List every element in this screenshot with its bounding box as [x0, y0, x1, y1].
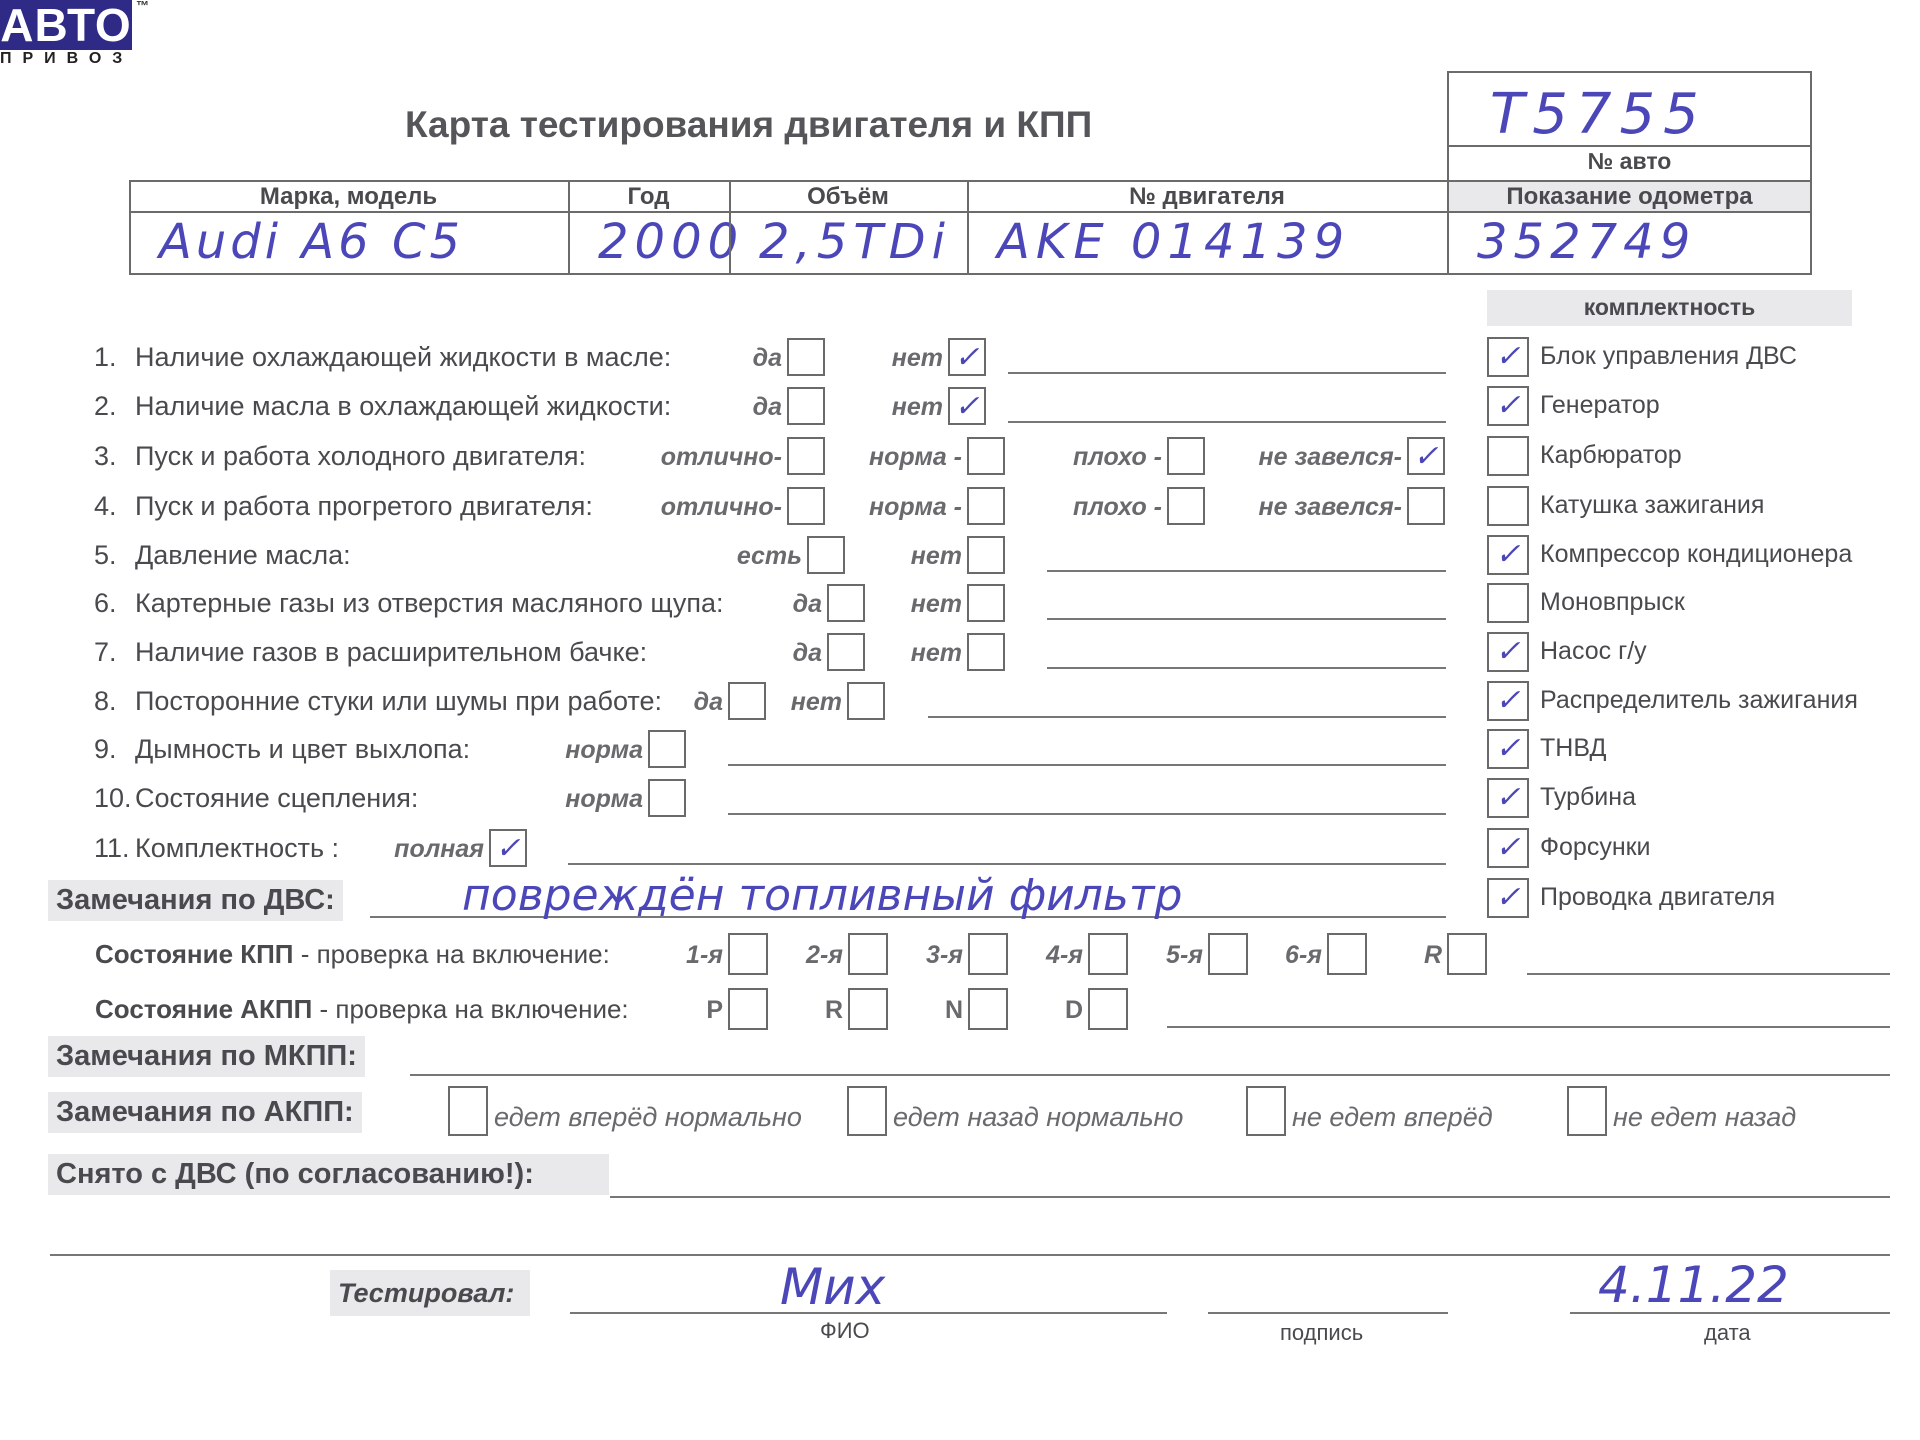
- question-number: 4.: [94, 491, 117, 522]
- completeness-label: Турбина: [1540, 783, 1636, 812]
- divider: [1447, 145, 1812, 147]
- option-checkbox[interactable]: [967, 584, 1005, 622]
- column-header: Объём: [731, 182, 965, 211]
- column-header: Год: [570, 182, 727, 211]
- auto-remark-checkbox[interactable]: [1567, 1086, 1607, 1136]
- gear-label: 1-я: [628, 941, 723, 970]
- car-number-label: № авто: [1447, 148, 1812, 175]
- question-number: 11.: [94, 833, 130, 864]
- option-label: нет: [748, 344, 943, 373]
- notes-line[interactable]: [728, 764, 1446, 766]
- question-number: 3.: [94, 441, 117, 472]
- column-value: 2,5TDi: [759, 214, 951, 270]
- question-label: Давление масла:: [135, 540, 351, 571]
- option-label: нет: [767, 590, 962, 619]
- completeness-checkbox[interactable]: [1487, 583, 1529, 623]
- manual-remarks-line[interactable]: [410, 1074, 1890, 1076]
- gear-checkbox[interactable]: [1447, 933, 1487, 975]
- question-label: Пуск и работа прогретого двигателя:: [135, 491, 593, 522]
- completeness-checkbox[interactable]: ✓: [1487, 386, 1529, 426]
- notes-line[interactable]: [728, 813, 1446, 815]
- option-checkbox[interactable]: ✓: [948, 387, 986, 425]
- check-mark-icon: ✓: [1489, 830, 1527, 866]
- check-mark-icon: ✓: [1489, 780, 1527, 816]
- auto-remarks-label: Замечания по АКПП:: [48, 1092, 362, 1133]
- option-label: нет: [748, 393, 943, 422]
- completeness-checkbox[interactable]: ✓: [1487, 778, 1529, 818]
- question-number: 8.: [94, 686, 117, 717]
- option-checkbox[interactable]: [967, 633, 1005, 671]
- logo-trademark: ™: [136, 0, 149, 13]
- manual-remarks-label: Замечания по МКПП:: [48, 1036, 365, 1077]
- removed-line[interactable]: [610, 1196, 1890, 1198]
- option-checkbox[interactable]: [1407, 487, 1445, 525]
- question-label: Дымность и цвет выхлопа:: [135, 734, 470, 765]
- gear-label: R: [748, 996, 843, 1025]
- completeness-label: Распределитель зажигания: [1540, 686, 1858, 715]
- completeness-label: Форсунки: [1540, 833, 1651, 862]
- question-label: Наличие газов в расширительном бачке:: [135, 637, 647, 668]
- gear-checkbox[interactable]: [1088, 988, 1128, 1030]
- completeness-label: ТНВД: [1540, 734, 1606, 763]
- check-mark-icon: ✓: [1489, 634, 1527, 670]
- option-label: норма: [448, 736, 643, 765]
- gear-label: 3-я: [868, 941, 963, 970]
- completeness-checkbox[interactable]: [1487, 436, 1529, 476]
- column-value: Audi A6 C5: [159, 214, 464, 270]
- check-mark-icon: ✓: [950, 340, 984, 376]
- completeness-checkbox[interactable]: ✓: [1487, 535, 1529, 575]
- notes-line[interactable]: [568, 863, 1446, 865]
- option-label: нет: [647, 688, 842, 717]
- gear-label: R: [1347, 941, 1442, 970]
- check-mark-icon: ✓: [950, 389, 984, 425]
- completeness-checkbox[interactable]: ✓: [1487, 681, 1529, 721]
- option-checkbox[interactable]: ✓: [1407, 437, 1445, 475]
- auto-remark-checkbox[interactable]: [448, 1086, 488, 1136]
- notes-line[interactable]: [1008, 421, 1446, 423]
- logo: АВТО: [0, 0, 132, 50]
- check-mark-icon: ✓: [491, 831, 525, 867]
- notes-line[interactable]: [1047, 618, 1446, 620]
- column-value: 352749: [1477, 214, 1696, 270]
- gear-label: 4-я: [988, 941, 1083, 970]
- notes-line[interactable]: [928, 716, 1446, 718]
- completeness-label: Блок управления ДВС: [1540, 342, 1797, 371]
- option-label: нет: [767, 542, 962, 571]
- engine-remarks-input[interactable]: повреждён топливный фильтр: [462, 870, 1182, 921]
- question-label: Состояние сцепления:: [135, 783, 418, 814]
- auto-remark-label: не едет вперёд: [1292, 1102, 1493, 1133]
- engine-remarks-label: Замечания по ДВС:: [48, 880, 343, 921]
- check-mark-icon: ✓: [1489, 880, 1527, 916]
- option-label: норма -: [767, 443, 962, 472]
- question-number: 1.: [94, 342, 117, 373]
- option-label: норма: [448, 785, 643, 814]
- logo-subtitle: ПРИВОЗ: [0, 50, 136, 68]
- name-caption: ФИО: [820, 1318, 870, 1344]
- auto-remark-label: едет вперёд нормально: [494, 1102, 802, 1133]
- question-number: 6.: [94, 588, 117, 619]
- tester-name: Мих: [780, 1258, 885, 1316]
- manual-gearbox-notes-line[interactable]: [1527, 973, 1890, 975]
- signature-caption: подпись: [1280, 1320, 1363, 1346]
- question-number: 7.: [94, 637, 117, 668]
- option-label: отлично-: [587, 443, 782, 472]
- gear-label: P: [628, 996, 723, 1025]
- divider: [129, 211, 1812, 213]
- question-number: 2.: [94, 391, 117, 422]
- gear-label: 2-я: [748, 941, 843, 970]
- completeness-label: Проводка двигателя: [1540, 883, 1775, 912]
- column-value: 2000: [598, 214, 744, 270]
- option-label: не завелся-: [1207, 493, 1402, 522]
- option-checkbox[interactable]: ✓: [489, 829, 527, 867]
- gear-label: 5-я: [1108, 941, 1203, 970]
- completeness-label: Карбюратор: [1540, 441, 1682, 470]
- gear-label: N: [868, 996, 963, 1025]
- removed-label: Снято с ДВС (по согласованию!):: [48, 1154, 609, 1195]
- completeness-label: Моновпрыск: [1540, 588, 1685, 617]
- question-number: 5.: [94, 540, 117, 571]
- option-checkbox[interactable]: [1167, 437, 1205, 475]
- column-header: № двигателя: [969, 182, 1445, 211]
- auto-remark-checkbox[interactable]: [847, 1086, 887, 1136]
- option-label: норма -: [767, 493, 962, 522]
- question-number: 10.: [94, 783, 132, 814]
- tested-label: Тестировал:: [338, 1278, 514, 1309]
- column-header: Показание одометра: [1449, 182, 1810, 211]
- check-mark-icon: ✓: [1489, 731, 1527, 767]
- notes-line[interactable]: [1047, 667, 1446, 669]
- check-mark-icon: ✓: [1489, 388, 1527, 424]
- question-number: 9.: [94, 734, 117, 765]
- check-mark-icon: ✓: [1489, 537, 1527, 573]
- manual-gearbox-label: Состояние КПП - проверка на включение:: [95, 939, 610, 970]
- completeness-checkbox[interactable]: ✓: [1487, 729, 1529, 769]
- option-label: плохо -: [967, 493, 1162, 522]
- option-label: не завелся-: [1207, 443, 1402, 472]
- option-label: плохо -: [967, 443, 1162, 472]
- column-header: Марка, модель: [131, 182, 566, 211]
- option-checkbox[interactable]: [847, 682, 885, 720]
- check-mark-icon: ✓: [1489, 683, 1527, 719]
- completeness-label: Насос г/у: [1540, 637, 1647, 666]
- option-checkbox[interactable]: [1167, 487, 1205, 525]
- completeness-checkbox[interactable]: ✓: [1487, 828, 1529, 868]
- page-title: Карта тестирования двигателя и КПП: [405, 104, 1092, 146]
- option-checkbox[interactable]: ✓: [948, 338, 986, 376]
- auto-remark-checkbox[interactable]: [1246, 1086, 1286, 1136]
- completeness-checkbox[interactable]: ✓: [1487, 337, 1529, 377]
- column-value: AKE 014139: [997, 214, 1350, 270]
- notes-line[interactable]: [1047, 570, 1446, 572]
- completeness-checkbox[interactable]: ✓: [1487, 878, 1529, 918]
- notes-line[interactable]: [1008, 372, 1446, 374]
- check-mark-icon: ✓: [1409, 439, 1443, 475]
- date-caption: дата: [1704, 1320, 1751, 1346]
- check-mark-icon: ✓: [1489, 339, 1527, 375]
- completeness-checkbox[interactable]: ✓: [1487, 632, 1529, 672]
- option-label: отлично-: [587, 493, 782, 522]
- option-checkbox[interactable]: [967, 536, 1005, 574]
- test-date: 4.11.22: [1598, 1256, 1789, 1314]
- auto-remark-label: не едет назад: [1613, 1102, 1796, 1133]
- signature-line[interactable]: [1208, 1312, 1448, 1314]
- completeness-label: Компрессор кондиционера: [1540, 540, 1852, 569]
- car-number-value: T5755: [1490, 82, 1707, 147]
- option-checkbox[interactable]: [648, 779, 686, 817]
- option-label: полная: [289, 835, 484, 864]
- gear-label: D: [988, 996, 1083, 1025]
- completeness-label: Катушка зажигания: [1540, 491, 1764, 520]
- option-checkbox[interactable]: [648, 730, 686, 768]
- question-label: Пуск и работа холодного двигателя:: [135, 441, 586, 472]
- auto-gearbox-label: Состояние АКПП - проверка на включение:: [95, 994, 629, 1025]
- auto-gearbox-notes-line[interactable]: [1167, 1026, 1890, 1028]
- completeness-title: комплектность: [1487, 294, 1852, 321]
- completeness-checkbox[interactable]: [1487, 486, 1529, 526]
- completeness-label: Генератор: [1540, 391, 1660, 420]
- option-label: нет: [767, 639, 962, 668]
- auto-remark-label: едет назад нормально: [893, 1102, 1183, 1133]
- gear-label: 6-я: [1227, 941, 1322, 970]
